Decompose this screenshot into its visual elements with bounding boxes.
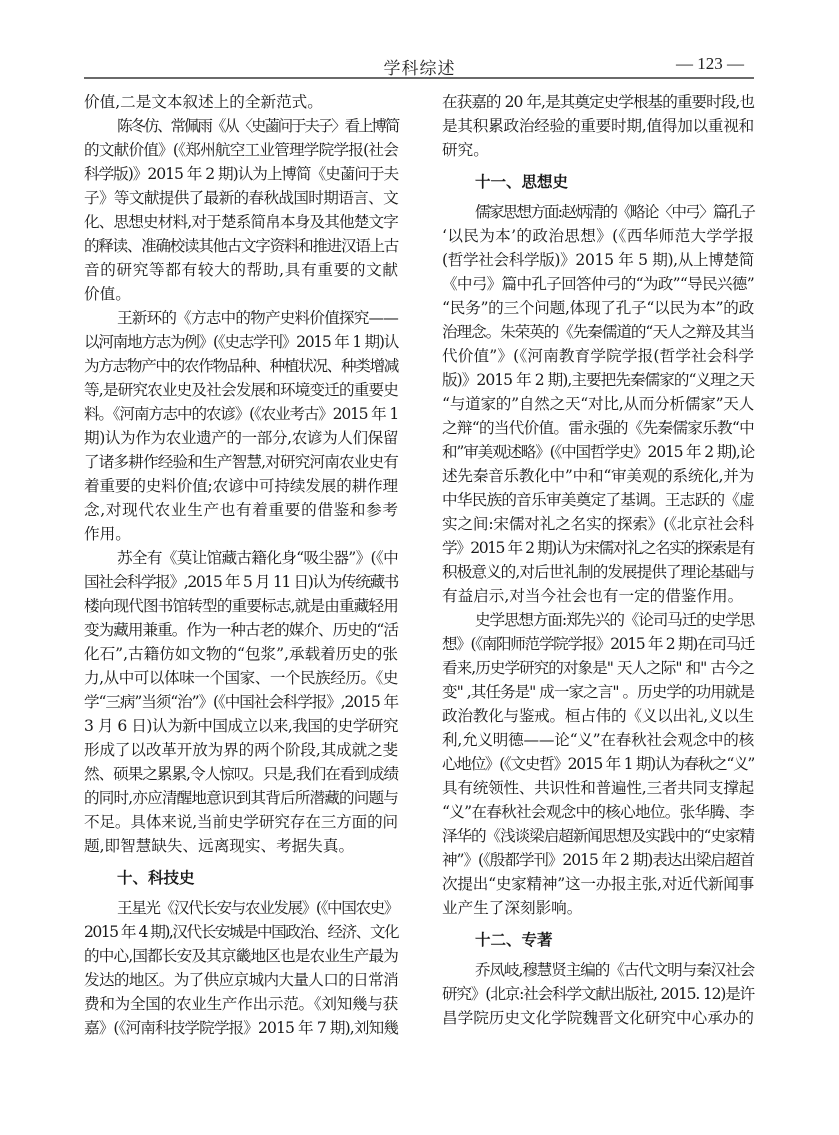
section-heading: 十、科技史 xyxy=(84,858,398,896)
text-line: 了诸多耕作经验和生产智慧,对研究河南农业史有 xyxy=(84,450,398,474)
text-line: 和”审美观述略》(《中国哲学史》2015 年 2 期),论 xyxy=(442,440,754,464)
text-line: 的释读、准确校读其他古文字资料和推进汉语上古 xyxy=(84,234,398,258)
text-line: 的同时,亦应清醒地意识到其背后所潜藏的问题与 xyxy=(84,786,398,810)
text-line: 不足。具体来说,当前史学研究存在三方面的问 xyxy=(84,810,398,834)
paragraph: 苏全有《莫让馆藏古籍化身“吸尘器”》(《中国社会科学报》,2015 年 5 月 … xyxy=(84,546,398,858)
text-line: 楼向现代图书馆转型的重要标志,就是由重藏轻用 xyxy=(84,594,398,618)
text-line: “民务”的三个问题,体现了孔子“以民为本”的政 xyxy=(442,296,754,320)
text-line: 想》(《南阳师范学院学报》2015 年 2 期)在司马迁 xyxy=(442,632,754,656)
text-line: 陈冬仿、常佩雨《从〈史蓾问于夫子〉看上博简 xyxy=(84,114,398,138)
paragraph: 王新环的《方志中的物产史料价值探究——以河南地方志为例》(《史志学刊》2015 … xyxy=(84,306,398,546)
text-line: 泽华的《浅谈梁启超新闻思想及实践中的“史家精 xyxy=(442,824,754,848)
text-line: 王星光《汉代长安与农业发展》(《中国农史》 xyxy=(84,896,398,920)
text-line: 实之间:宋儒对礼之名实的探索》(《北京社会科 xyxy=(442,512,754,536)
text-line: 价值。 xyxy=(84,282,398,306)
text-line: 政治教化与鉴戒。桓占伟的《义以出礼,义以生 xyxy=(442,704,754,728)
text-line: 昌学院历史文化学院魏晋文化研究中心承办的 xyxy=(442,1006,754,1030)
text-line: 期)认为作为农业遗产的一部分,农谚为人们保留 xyxy=(84,426,398,450)
text-line: 儒家思想方面:赵炳清的《略论〈中弓〉篇孔子 xyxy=(442,200,754,224)
text-line: 变为藏用兼重。作为一种古老的媒介、历史的“活 xyxy=(84,618,398,642)
text-line: 苏全有《莫让馆藏古籍化身“吸尘器”》(《中 xyxy=(84,546,398,570)
text-line: 在获嘉的 20 年,是其奠定史学根基的重要时段,也 xyxy=(442,90,754,114)
text-line: 代价值”》(《河南教育学院学报(哲学社会科学 xyxy=(442,344,754,368)
text-line: ‘以民为本’的政治思想》(《西华师范大学学报 xyxy=(442,224,754,248)
text-line: 作用。 xyxy=(84,522,398,546)
text-line: 音的研究等都有较大的帮助,具有重要的文献 xyxy=(84,258,398,282)
text-line: 3 月 6 日)认为新中国成立以来,我国的史学研究 xyxy=(84,714,398,738)
text-line: “与道家的”自然之天“对比,从而分析儒家”天人 xyxy=(442,392,754,416)
text-line: 研究。 xyxy=(442,138,754,162)
text-line: 积极意义的,对后世礼制的发展提供了理论基础与 xyxy=(442,560,754,584)
text-line: 具有统领性、共识性和普遍性,三者共同支撑起 xyxy=(442,776,754,800)
paragraph: 儒家思想方面:赵炳清的《略论〈中弓〉篇孔子‘以民为本’的政治思想》(《西华师范大… xyxy=(442,200,754,608)
paragraph: 史学思想方面:郑先兴的《论司马迁的史学思想》(《南阳师范学院学报》2015 年 … xyxy=(442,608,754,920)
text-line: (哲学社会科学版)》2015 年 5 期),从上博楚简 xyxy=(442,248,754,272)
page-number: — 123 — xyxy=(676,54,744,74)
text-line: 等,是研究农业史及社会发展和环境变迁的重要史 xyxy=(84,378,398,402)
text-line: 的中心,国都长安及其京畿地区也是农业生产最为 xyxy=(84,944,398,968)
text-line: 为方志物产中的农作物品种、种植状况、种类增减 xyxy=(84,354,398,378)
text-line: 形成了以改革开放为界的两个阶段,其成就之斐 xyxy=(84,738,398,762)
text-line: 价值,二是文本叙述上的全新范式。 xyxy=(84,90,398,114)
left-text-column: 价值,二是文本叙述上的全新范式。陈冬仿、常佩雨《从〈史蓾问于夫子〉看上博简的文献… xyxy=(84,90,398,1040)
text-line: 然、硕果之累累,令人惊叹。只是,我们在看到成绩 xyxy=(84,762,398,786)
text-line: 学“三病”当须“治”》(《中国社会科学报》,2015 年 xyxy=(84,690,398,714)
paragraph: 乔凤岐,穆慧贤主编的《古代文明与秦汉社会研究》(北京:社会科学文献出版社, 20… xyxy=(442,958,754,1030)
text-line: 中华民族的音乐审美奠定了基调。王志跃的《虚 xyxy=(442,488,754,512)
text-line: 研究》(北京:社会科学文献出版社, 2015. 12)是许 xyxy=(442,982,754,1006)
text-line: 念,对现代农业生产也有着重要的借鉴和参考 xyxy=(84,498,398,522)
text-line: 看来,历史学研究的对象是" 天人之际" 和" 古今之 xyxy=(442,656,754,680)
text-line: 是其积累政治经验的重要时期,值得加以重视和 xyxy=(442,114,754,138)
text-line: 版)》2015 年 2 期),主要把先秦儒家的“义理之天 xyxy=(442,368,754,392)
paragraph: 陈冬仿、常佩雨《从〈史蓾问于夫子〉看上博简的文献价值》(《郑州航空工业管理学院学… xyxy=(84,114,398,306)
paragraph: 在获嘉的 20 年,是其奠定史学根基的重要时段,也是其积累政治经验的重要时期,值… xyxy=(442,90,754,162)
text-line: 国社会科学报》,2015 年 5 月 11 日)认为传统藏书 xyxy=(84,570,398,594)
text-line: 发达的地区。为了供应京城内大量人口的日常消 xyxy=(84,968,398,992)
text-line: 乔凤岐,穆慧贤主编的《古代文明与秦汉社会 xyxy=(442,958,754,982)
text-line: 题,即智慧缺失、远离现实、考据失真。 xyxy=(84,834,398,858)
section-heading: 十二、专著 xyxy=(442,920,754,958)
text-line: 《中弓》篇中孔子回答仲弓的“为政”“导民兴德” xyxy=(442,272,754,296)
text-line: 以河南地方志为例》(《史志学刊》2015 年 1 期)认 xyxy=(84,330,398,354)
paragraph: 王星光《汉代长安与农业发展》(《中国农史》2015 年 4 期),汉代长安城是中… xyxy=(84,896,398,1040)
text-line: 治理念。朱荣英的《先秦儒道的“天人之辩及其当 xyxy=(442,320,754,344)
text-line: “义”在春秋社会观念中的核心地位。张华腾、李 xyxy=(442,800,754,824)
text-line: 有益启示,对当今社会也有一定的借鉴作用。 xyxy=(442,584,754,608)
paragraph: 价值,二是文本叙述上的全新范式。 xyxy=(84,90,398,114)
text-line: 子》等文献提供了最新的春秋战国时期语言、文 xyxy=(84,186,398,210)
text-line: 嘉》(《河南科技学院学报》2015 年 7 期),刘知幾 xyxy=(84,1016,398,1040)
text-line: 的文献价值》(《郑州航空工业管理学院学报(社会 xyxy=(84,138,398,162)
text-line: 利,允义明德——论“义”在春秋社会观念中的核 xyxy=(442,728,754,752)
text-line: 化、思想史材料,对于楚系简帛本身及其他楚文字 xyxy=(84,210,398,234)
text-line: 王新环的《方志中的物产史料价值探究—— xyxy=(84,306,398,330)
text-line: 学》2015 年 2 期)认为宋儒对礼之名实的探索是有 xyxy=(442,536,754,560)
text-line: 化石”,古籍仿如文物的“包浆”,承载着历史的张 xyxy=(84,642,398,666)
text-line: 2015 年 4 期),汉代长安城是中国政治、经济、文化 xyxy=(84,920,398,944)
text-line: 着重要的史料价值;农谚中可持续发展的耕作理 xyxy=(84,474,398,498)
right-text-column: 在获嘉的 20 年,是其奠定史学根基的重要时段,也是其积累政治经验的重要时期,值… xyxy=(442,90,754,1030)
text-line: 次提出“史家精神”这一办报主张,对近代新闻事 xyxy=(442,872,754,896)
text-line: 心地位》(《文史哲》2015 年 1 期)认为春秋之“义” xyxy=(442,752,754,776)
text-line: 神”》(《殷都学刊》2015 年 2 期)表达出梁启超首 xyxy=(442,848,754,872)
text-line: 费和为全国的农业生产作出示范。《刘知幾与获 xyxy=(84,992,398,1016)
header-rule-divider xyxy=(84,77,754,79)
text-line: 料。《河南方志中的农谚》(《农业考古》2015 年 1 xyxy=(84,402,398,426)
text-line: 业产生了深刻影响。 xyxy=(442,896,754,920)
text-line: 变" ,其任务是" 成一家之言" 。历史学的功用就是 xyxy=(442,680,754,704)
section-heading: 十一、思想史 xyxy=(442,162,754,200)
text-line: 述先秦音乐教化中”中和“审美观的系统化,并为 xyxy=(442,464,754,488)
text-line: 科学版)》2015 年 2 期)认为上博简《史蓾问于夫 xyxy=(84,162,398,186)
text-line: 之辩“的当代价值。雷永强的《先秦儒家乐教“中 xyxy=(442,416,754,440)
text-line: 力,从中可以体味一个国家、一个民族经历。《史 xyxy=(84,666,398,690)
text-line: 史学思想方面:郑先兴的《论司马迁的史学思 xyxy=(442,608,754,632)
